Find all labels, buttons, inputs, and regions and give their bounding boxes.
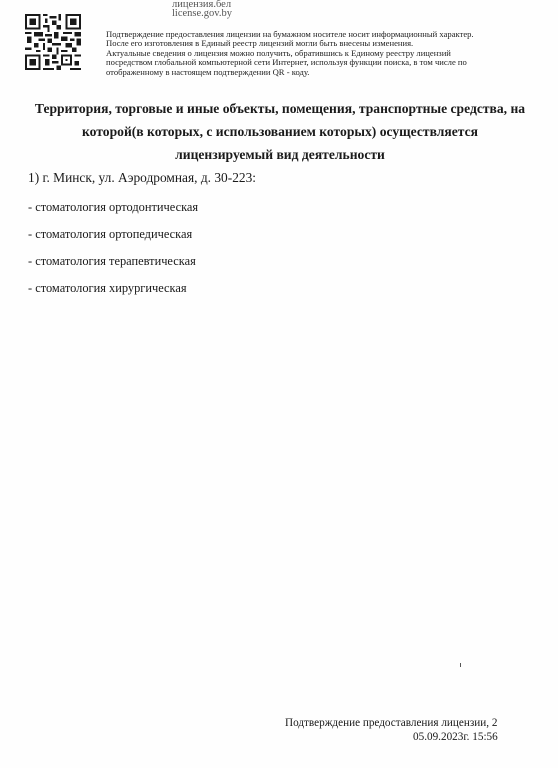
heading-line: лицензируемый вид деятельности: [20, 143, 540, 166]
heading-line: Территория, торговые и иные объекты, пом…: [20, 97, 540, 120]
address: 1) г. Минск, ул. Аэродромная, д. 30-223:: [28, 170, 256, 186]
notice-line: отображенному в настоящем подтверждении …: [106, 68, 546, 77]
document-page: лицензия.бел license.gov.by Подтверждени…: [0, 0, 558, 768]
activity-item: - стоматология терапевтическая: [28, 254, 196, 269]
site-name-latin: license.gov.by: [172, 9, 232, 18]
site-names: лицензия.бел license.gov.by: [172, 0, 232, 18]
qr-code-icon: [25, 14, 81, 70]
notice-text: Подтверждение предоставления лицензии на…: [106, 30, 546, 77]
footer-date: 05.09.2023г. 15:56: [413, 731, 498, 743]
activity-item: - стоматология ортопедическая: [28, 227, 192, 242]
heading-line: которой(в которых, с использованием кото…: [20, 120, 540, 143]
scan-artifact: [460, 663, 461, 667]
activity-item: - стоматология хирургическая: [28, 281, 187, 296]
footer-title: Подтверждение предоставления лицензии, 2: [285, 717, 497, 729]
activity-item: - стоматология ортодонтическая: [28, 200, 198, 215]
section-heading: Территория, торговые и иные объекты, пом…: [20, 97, 540, 166]
